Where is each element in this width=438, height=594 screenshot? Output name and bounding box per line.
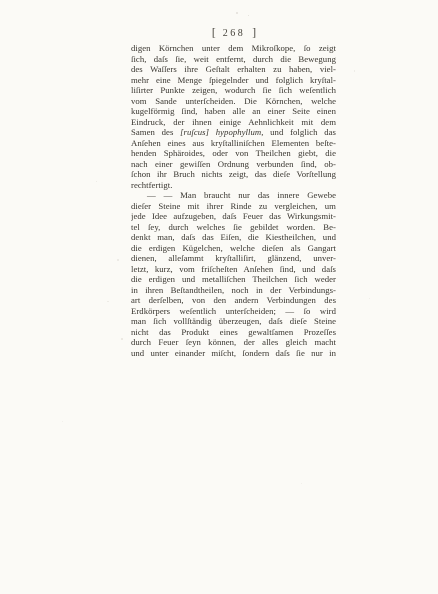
text-line: durch Feuer ſeyn können, der alles gleic… bbox=[131, 337, 336, 348]
text-line: liſirter Punkte zeigen, wodurch ſie ſich… bbox=[131, 85, 336, 96]
text-line: tel ſey, durch welches ſie gebildet word… bbox=[131, 222, 336, 233]
text-line: vom Sande unterſcheiden. Die Körnchen, w… bbox=[131, 96, 336, 107]
paper-speck bbox=[96, 181, 97, 182]
text-line: mehr eine Menge ſpiegelnder und folglich… bbox=[131, 75, 336, 86]
text-line: kugelförmig ſind, haben alle an einer Se… bbox=[131, 106, 336, 117]
paper-speck bbox=[354, 70, 355, 72]
page-number-bracket-right: ] bbox=[252, 27, 256, 39]
text-line: dienen, alleſammt kryſtalliſirt, glänzen… bbox=[131, 253, 336, 264]
paper-speck bbox=[369, 298, 370, 299]
text-line: denkt man, daſs das Eiſen, die Kiestheil… bbox=[131, 232, 336, 243]
page-number-bracket-left: [ bbox=[212, 27, 216, 39]
text-line: henden Sphäroides, oder von Theilchen gi… bbox=[131, 148, 336, 159]
text-line: Anſehen eines aus kryſtalliniſchen Eleme… bbox=[131, 138, 336, 149]
paper-speck bbox=[107, 301, 109, 302]
text-line: art derſelben, von den andern Verbindung… bbox=[131, 295, 336, 306]
paper-speck bbox=[301, 483, 302, 484]
text-line: jede Idee aufzugeben, daſs Feuer das Wir… bbox=[131, 211, 336, 222]
text-line: Eindruck, der ihnen einige Aehnlichkeit … bbox=[131, 117, 336, 128]
text-line: ſich, daſs ſie, weit entfernt, durch die… bbox=[131, 54, 336, 65]
body-text: digen Körnchen unter dem Mikroſkope, ſo … bbox=[131, 43, 336, 358]
text-line: Erdkörpers weſentlich unterſcheiden; — ſ… bbox=[131, 306, 336, 317]
species-name-italic: [ruſcus] hypophyllum bbox=[180, 127, 261, 137]
text-line: die erdigen und metalliſchen Theilchen ſ… bbox=[131, 274, 336, 285]
text-line: man ſich vollſtändig überzeugen, daſs di… bbox=[131, 316, 336, 327]
page-number-header: [ 268 ] bbox=[131, 27, 337, 39]
paragraph-start-line: — — Man braucht nur das innere Gewebe bbox=[131, 190, 336, 201]
page-number: 268 bbox=[223, 28, 246, 39]
text-segment: Samen des bbox=[131, 127, 180, 137]
text-line: digen Körnchen unter dem Mikroſkope, ſo … bbox=[131, 43, 336, 54]
paper-speck bbox=[248, 15, 249, 16]
paragraph-end-line: rechtfertigt. bbox=[131, 180, 336, 191]
text-line: des Waſſers ihre Geſtalt erhalten zu hab… bbox=[131, 64, 336, 75]
text-line: die erdigen Kügelchen, welche dieſen als… bbox=[131, 243, 336, 254]
text-line: in ihren Beſtandtheilen, noch in der Ver… bbox=[131, 285, 336, 296]
text-line: nicht das Produkt eines gewaltſamen Proz… bbox=[131, 327, 336, 338]
paper-speck bbox=[117, 259, 119, 261]
text-line: und unter einander miſcht, ſondern daſs … bbox=[131, 348, 336, 359]
text-line: nach einer gewiſſen Ordnung verbunden ſi… bbox=[131, 159, 336, 170]
paper-speck bbox=[236, 12, 238, 14]
paper-speck bbox=[121, 338, 123, 340]
text-line: letzt, kurz, vom friſcheſten Anſehen ſin… bbox=[131, 264, 336, 275]
text-line-with-species-name: Samen des [ruſcus] hypophyllum, und folg… bbox=[131, 127, 336, 138]
text-line: ſchon ihr Bruch nichts zeigt, das dieſe … bbox=[131, 169, 336, 180]
text-line: dieſer Steine mit ihrer Rinde zu verglei… bbox=[131, 201, 336, 212]
text-segment: , und folglich das bbox=[261, 127, 336, 137]
book-page: [ 268 ] digen Körnchen unter dem Mikroſk… bbox=[0, 0, 438, 594]
paper-speck bbox=[62, 421, 63, 422]
